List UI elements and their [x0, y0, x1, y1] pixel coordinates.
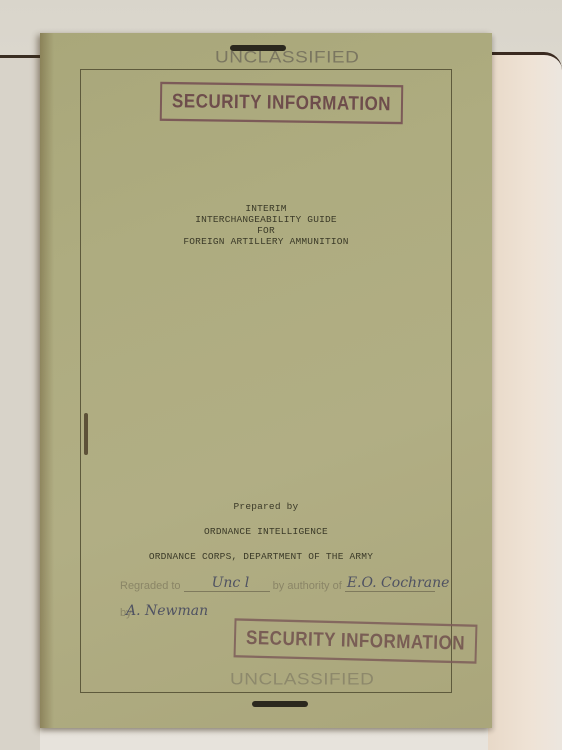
prepared-by-org: ORDNANCE INTELLIGENCE [40, 526, 492, 551]
authority-label: by authority of [273, 580, 342, 592]
prepared-by-label: Prepared by [40, 501, 492, 526]
regraded-handwriting: Unc l [212, 575, 250, 591]
underlying-page [488, 52, 562, 750]
background-sheet [0, 55, 40, 750]
classification-stamp-top: UNCLASSIFIED [215, 49, 359, 68]
binding-mark [84, 413, 88, 455]
prepared-by-block: Prepared by ORDNANCE INTELLIGENCE ORDNAN… [40, 501, 492, 576]
staple-icon [252, 701, 308, 707]
security-stamp-bottom: SECURITY INFORMATION [234, 618, 478, 663]
booklet-cover: UNCLASSIFIED SECURITY INFORMATION INTERI… [40, 33, 492, 728]
regraded-label: Regraded to [120, 580, 181, 592]
regraded-field: Unc l [184, 577, 270, 592]
classification-stamp-bottom: UNCLASSIFIED [230, 671, 374, 690]
by-handwriting: A. Newman [126, 603, 208, 619]
title-line: INTERCHANGEABILITY GUIDE [40, 214, 492, 225]
title-line: FOR [40, 225, 492, 236]
prepared-by-dept: ORDNANCE CORPS, DEPARTMENT OF THE ARMY [30, 551, 492, 576]
document-title: INTERIM INTERCHANGEABILITY GUIDE FOR FOR… [40, 203, 492, 247]
regrade-line: Regraded to Unc l by authority of E.O. C… [120, 577, 435, 592]
authority-handwriting: E.O. Cochrane [347, 575, 450, 591]
title-line: INTERIM [40, 203, 492, 214]
regrade-by-line: by A. Newman [120, 607, 132, 619]
title-line: FOREIGN ARTILLERY AMMUNITION [40, 236, 492, 247]
security-stamp-top: SECURITY INFORMATION [160, 82, 404, 124]
authority-field: E.O. Cochrane [345, 577, 435, 592]
cover-border-frame [80, 69, 452, 693]
